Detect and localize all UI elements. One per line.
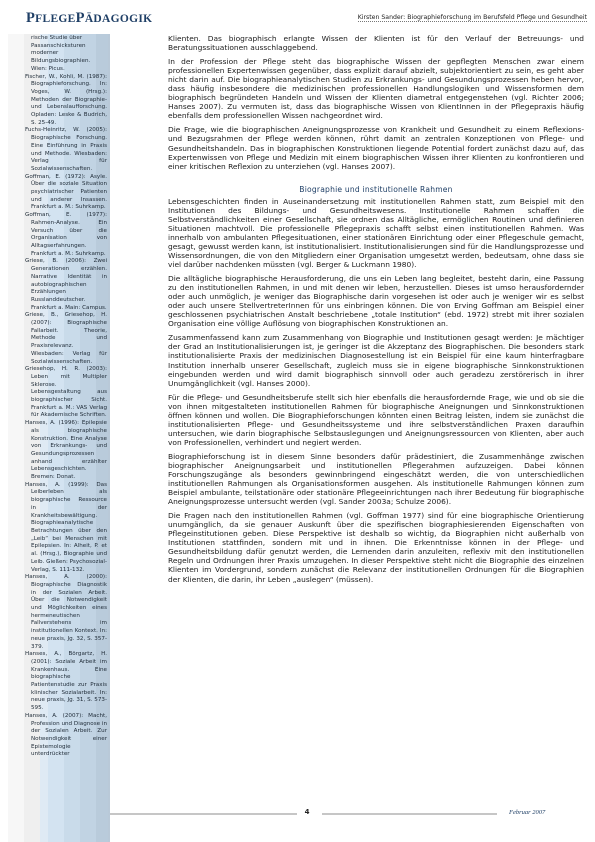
sidebar-stripe xyxy=(8,34,24,842)
reference-entry: Hanses, A. (1999): Das Leiberleben als b… xyxy=(25,482,107,574)
reference-entry: Fuchs-Heinritz, W. (2005): Biographische… xyxy=(25,127,107,173)
reference-entry: Griesehop, H. R. (2003): Leben mit Multi… xyxy=(25,366,107,420)
reference-entry: Fischer, W., Kohli, M. (1987): Biographi… xyxy=(25,74,107,128)
article-paragraph: Biographieforschung ist in diesem Sinne … xyxy=(168,452,584,506)
article-paragraph: Die Fragen nach den institutionellen Rah… xyxy=(168,511,584,583)
footer-rule-left xyxy=(110,813,297,815)
page-number: 4 xyxy=(300,808,314,816)
reference-entry: Hanses, A. (2000): Biographische Diagnos… xyxy=(25,574,107,651)
sidebar-divider xyxy=(108,34,110,842)
reference-entry: Hanses, A. (2007): Macht, Profession und… xyxy=(25,713,107,759)
reference-entry: Griese, B., Griesehop, H. (2007): Biogra… xyxy=(25,312,107,366)
reference-entry: rische Studie über Passanschicksturen mo… xyxy=(25,35,107,74)
article-paragraph: Lebensgeschichten finden in Auseinanders… xyxy=(168,197,584,269)
running-head: Kirsten Sander: Biographieforschung im B… xyxy=(358,14,587,22)
footer-rule-right xyxy=(322,813,497,815)
section-heading: Biographie und institutionelle Rahmen xyxy=(168,185,584,194)
article-paragraph: Für die Pflege- und Gesundheitsberufe st… xyxy=(168,393,584,447)
reference-entry: Goffman, E. (1977): Rahmen-Analyse. Ein … xyxy=(25,212,107,258)
article-paragraph: Zusammenfassend kann zum Zusammenhang vo… xyxy=(168,333,584,387)
page-footer: 4 Februar 2007 xyxy=(110,808,595,820)
article-paragraph: In der Profession der Pflege steht das b… xyxy=(168,57,584,120)
article-paragraph: Die Frage, wie die biographischen Aneign… xyxy=(168,125,584,170)
journal-logo: PFLEGEPÄDAGOGIK xyxy=(26,10,152,27)
reference-entry: Hanses, A. (1996): Epilepsie als biograp… xyxy=(25,420,107,482)
reference-entry: Goffman, E. (1972): Asyle. Über die sozi… xyxy=(25,174,107,213)
issue-date: Februar 2007 xyxy=(509,809,545,816)
article-paragraph: Klienten. Das biographisch erlangte Wiss… xyxy=(168,34,584,52)
reference-list: rische Studie über Passanschicksturen mo… xyxy=(25,35,107,759)
reference-entry: Griese, B. (2006): Zwei Generationen erz… xyxy=(25,258,107,312)
article-body: Klienten. Das biographisch erlangte Wiss… xyxy=(168,34,584,589)
article-paragraph: Die alltägliche biographische Herausford… xyxy=(168,274,584,328)
reference-entry: Hanses, A., Börgartz, H. (2001): Soziale… xyxy=(25,651,107,713)
